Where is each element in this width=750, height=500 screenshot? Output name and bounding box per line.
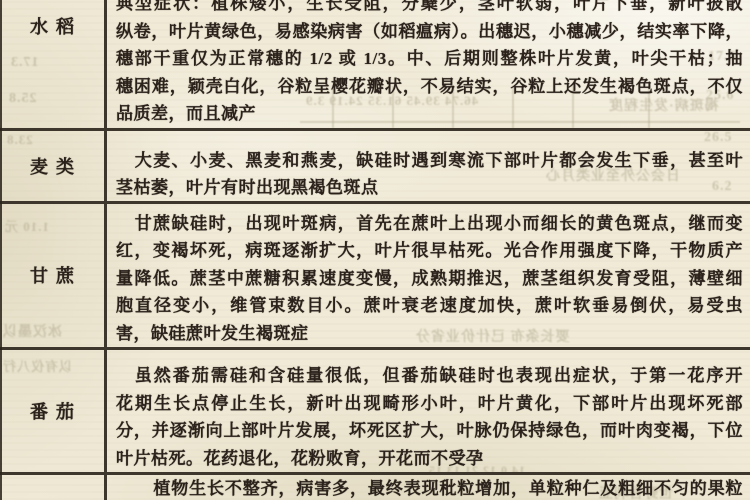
crop-name: 甘蔗 [30,262,82,288]
symptom-text-line: 品质差，而且减产 [116,100,743,128]
scanned-book-page: 17.325.823.81.10 元冰汉墨以以有仪八行46.74 39.45 6… [0,0,750,500]
table-row: 麦类大麦、小麦、黑麦和燕麦，缺硅时遇到寒流下部叶片都会发生下垂，甚至叶茎枯萎，叶… [0,131,750,204]
symptom-text-line: 植物生长不整齐，病害多，最终表现秕粒增加，单粒种仁及粗细不匀的果粒 [116,475,743,500]
symptom-text-cell: 虽然番茄需硅和含硅量很低，但番茄缺硅时也表现出症状，于第一花序开花期生长点停止生… [107,350,750,472]
symptom-text-line: 量降低。蔗茎中蔗糖积累速度变慢，成熟期推迟，蔗茎组织发育受阻，薄壁细 [116,265,743,293]
symptom-text-line: 红，变褐坏死，病斑逐渐扩大，叶片很早枯死。光合作用强度下降，干物质产 [116,237,743,265]
crop-label-cell [0,475,107,500]
symptom-text-line: 穗困难，颖壳白化，谷粒呈樱花瓣状，不易结实，谷粒上还发生褐色斑点，不仅 [116,73,743,101]
silicon-deficiency-symptom-table: 水稻典型症状：植株矮小，生长受阻，分蘖少，茎叶软弱，叶片下垂，新叶披散纵卷，叶片… [0,0,750,500]
symptom-text-line: 胞直径变小，维管束数目小。蔗叶衰老速度加快，蔗叶软垂易倒伏，易受虫 [116,292,743,320]
symptom-text-cell: 甘蔗缺硅时，出现叶斑病，首先在蔗叶上出现小而细长的黄色斑点，继而变红，变褐坏死，… [107,204,750,348]
symptom-text-line: 害，缺硅蔗叶发生褐斑症 [116,320,743,348]
symptom-text-line: 穗部干重仅为正常穗的 1/2 或 1/3。中、后期则整株叶片发黄，叶尖干枯；抽 [116,45,743,73]
symptom-text-line: 分，并逐渐向上部叶片发展，坏死区扩大，叶脉仍保持绿色，而叶肉变褐，下位 [116,417,743,445]
crop-name: 水稻 [30,13,82,39]
crop-name: 麦类 [30,153,82,179]
crop-name: 番茄 [30,398,82,424]
symptom-text-line: 茎枯萎，叶片有时出现黑褐色斑点 [116,174,743,201]
symptom-text-line: 花期生长点停止生长，新叶出现畸形小叶，叶片黄化，下部叶片出现坏死部 [116,390,743,418]
symptom-text-line: 典型症状：植株矮小，生长受阻，分蘖少，茎叶软弱，叶片下垂，新叶披散 [116,0,743,18]
page-left-edge-line [0,0,2,500]
symptom-text-cell: 典型症状：植株矮小，生长受阻，分蘖少，茎叶软弱，叶片下垂，新叶披散纵卷，叶片黄绿… [107,0,750,128]
crop-label-cell: 水稻 [0,0,107,128]
crop-label-cell: 番茄 [0,350,107,472]
symptom-text-cell: 大麦、小麦、黑麦和燕麦，缺硅时遇到寒流下部叶片都会发生下垂，甚至叶茎枯萎，叶片有… [107,131,750,201]
table-row: 水稻典型症状：植株矮小，生长受阻，分蘖少，茎叶软弱，叶片下垂，新叶披散纵卷，叶片… [0,0,750,131]
symptom-text-line: 甘蔗缺硅时，出现叶斑病，首先在蔗叶上出现小而细长的黄色斑点，继而变 [116,210,743,238]
symptom-text-line: 大麦、小麦、黑麦和燕麦，缺硅时遇到寒流下部叶片都会发生下垂，甚至叶 [116,147,743,174]
symptom-text-line: 虽然番茄需硅和含硅量很低，但番茄缺硅时也表现出症状，于第一花序开 [116,362,743,390]
crop-label-cell: 麦类 [0,131,107,201]
symptom-text-line: 纵卷，叶片黄绿色，易感染病害（如稻瘟病）。出穗迟，小穗减少，结实率下降， [116,18,743,46]
table-row: 番茄虽然番茄需硅和含硅量很低，但番茄缺硅时也表现出症状，于第一花序开花期生长点停… [0,350,750,475]
crop-label-cell: 甘蔗 [0,204,107,348]
table-row: 植物生长不整齐，病害多，最终表现秕粒增加，单粒种仁及粗细不匀的果粒 [0,475,750,500]
symptom-text-line: 叶片枯死。花药退化，花粉败育，开花而不受孕 [116,445,743,473]
symptom-text-cell: 植物生长不整齐，病害多，最终表现秕粒增加，单粒种仁及粗细不匀的果粒 [107,473,750,500]
table-row: 甘蔗甘蔗缺硅时，出现叶斑病，首先在蔗叶上出现小而细长的黄色斑点，继而变红，变褐坏… [0,204,750,351]
